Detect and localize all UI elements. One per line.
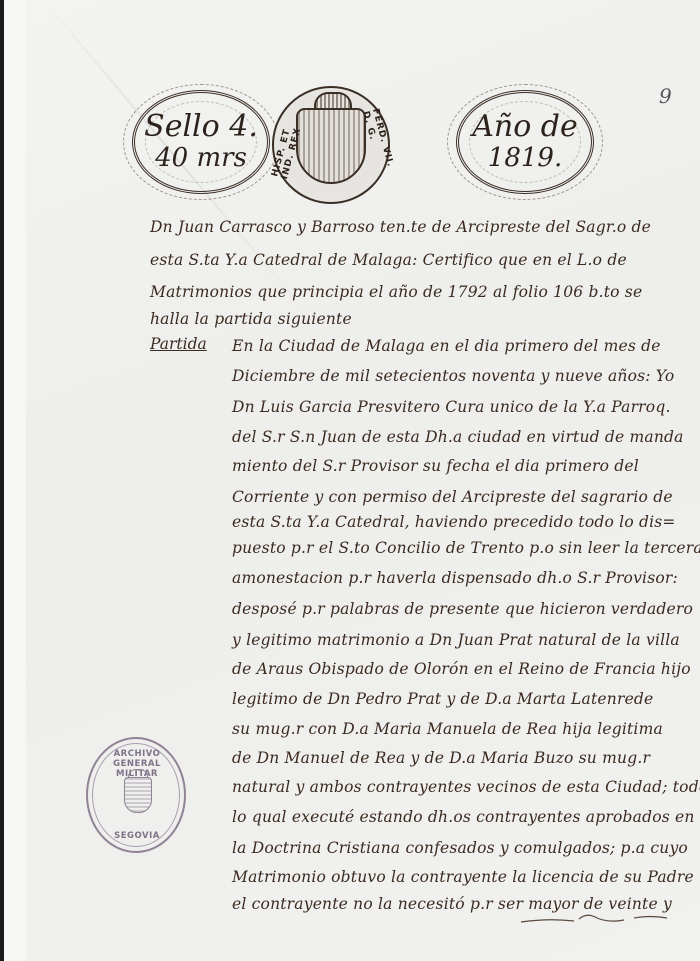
archive-stamp: ARCHIVO GENERAL MILITAR SEGOVIA — [86, 737, 186, 853]
closing-flourish — [519, 912, 669, 926]
margin-label-partida: Partida — [150, 335, 207, 353]
entry-line: En la Ciudad de Malaga en el dia primero… — [232, 337, 661, 355]
entry-line: el contrayente no la necesitó p.r ser ma… — [232, 895, 672, 913]
entry-line: miento del S.r Provisor su fecha el dia … — [232, 457, 639, 475]
archive-stamp-bottom-text: SEGOVIA — [94, 831, 180, 841]
coat-of-arms-icon — [124, 777, 152, 813]
entry-line: lo qual executé estando dh.os contrayent… — [232, 808, 695, 826]
entry-line: esta S.ta Y.a Catedral, haviendo precedi… — [232, 513, 676, 531]
entry-line: Matrimonio obtuvo la contrayente la lice… — [232, 868, 694, 886]
entry-line: la Doctrina Cristiana confesados y comul… — [232, 839, 688, 857]
intro-line: halla la partida siguiente — [150, 310, 352, 328]
entry-line: desposé p.r palabras de presente que hic… — [232, 600, 693, 618]
document-page: 9 Sello 4. 40 mrs HISP. ET IND. REX FERD… — [4, 0, 700, 961]
entry-line: su mug.r con D.a Maria Manuela de Rea hi… — [232, 720, 663, 738]
entry-line: Corriente y con permiso del Arcipreste d… — [232, 488, 673, 506]
entry-line: amonestacion p.r haverla dispensado dh.o… — [232, 569, 678, 587]
entry-line: y legitimo matrimonio a Dn Juan Prat nat… — [232, 631, 680, 649]
entry-line: de Dn Manuel de Rea y de D.a Maria Buzo … — [232, 749, 650, 767]
entry-line: de Araus Obispado de Olorón en el Reino … — [232, 660, 691, 678]
intro-line: esta S.ta Y.a Catedral de Malaga: Certif… — [150, 251, 627, 269]
intro-line: Dn Juan Carrasco y Barroso ten.te de Arc… — [150, 218, 651, 236]
entry-line: del S.r S.n Juan de esta Dh.a ciudad en … — [232, 428, 684, 446]
entry-line: puesto p.r el S.to Concilio de Trento p.… — [232, 539, 700, 557]
entry-line: natural y ambos contrayentes vecinos de … — [232, 778, 700, 796]
entry-line: legitimo de Dn Pedro Prat y de D.a Marta… — [232, 690, 653, 708]
intro-line: Matrimonios que principia el año de 1792… — [150, 283, 642, 301]
entry-line: Diciembre de mil setecientos noventa y n… — [232, 367, 674, 385]
entry-line: Dn Luis Garcia Presvitero Cura unico de … — [232, 398, 671, 416]
